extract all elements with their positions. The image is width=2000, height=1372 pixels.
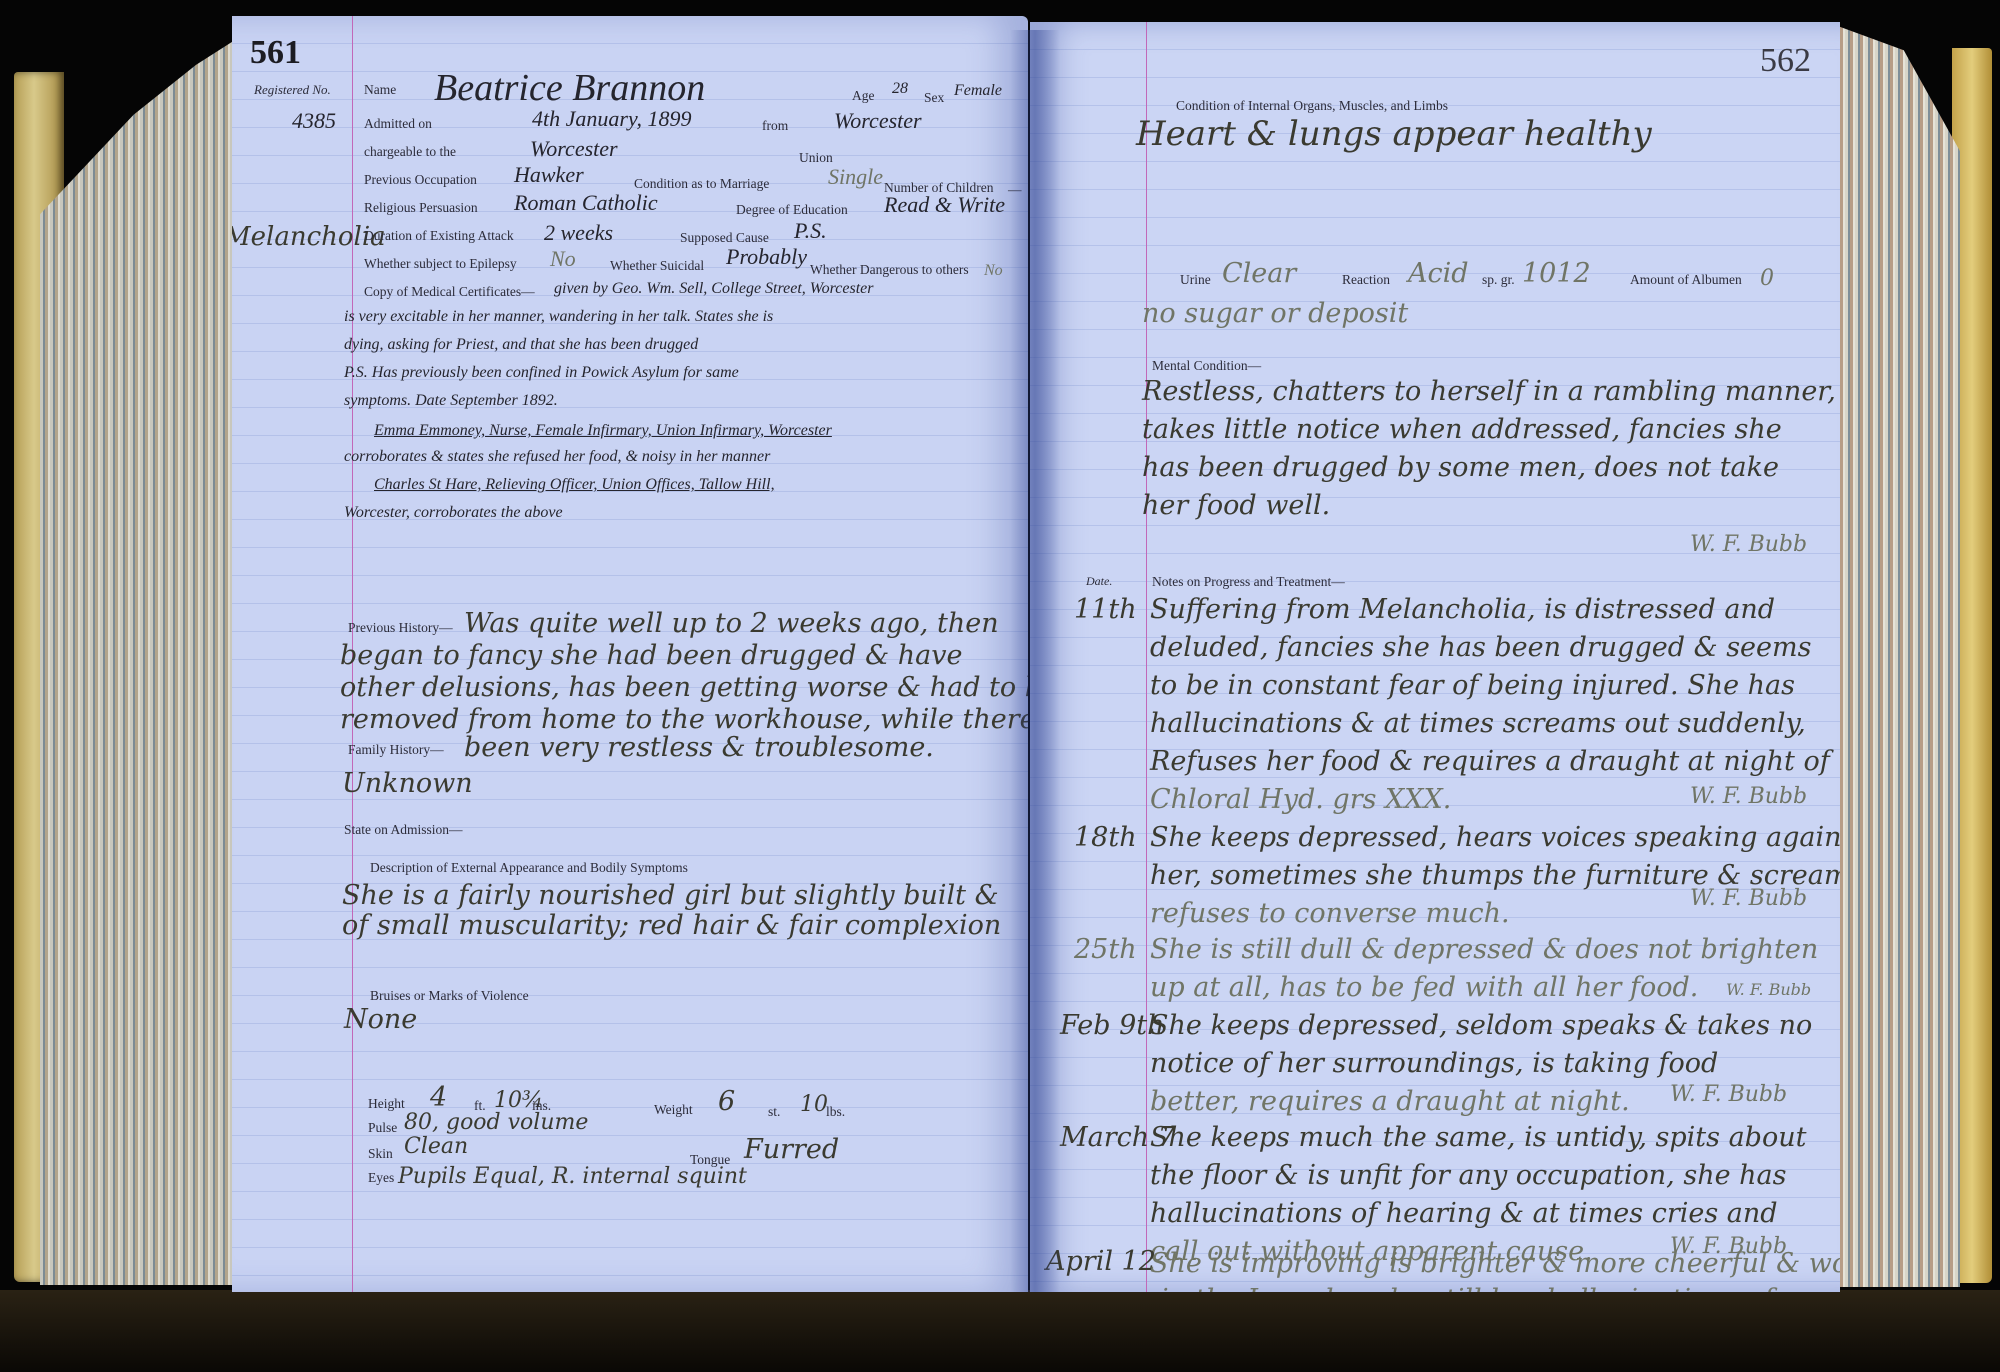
previous-history-line: other delusions, has been getting worse … <box>340 672 1028 703</box>
chargeable-label: chargeable to the <box>364 144 456 160</box>
weight-st-label: st. <box>768 1104 780 1120</box>
chargeable-value: Worcester <box>530 136 618 162</box>
signature: W. F. Bubb <box>1726 980 1811 999</box>
note-date: April 12 <box>1046 1246 1156 1277</box>
note-line: up at all, has to be fed with all her fo… <box>1150 972 1698 1003</box>
duration-label: Duration of Existing Attack <box>364 228 514 244</box>
skin-label: Skin <box>368 1146 393 1162</box>
note-line: She keeps depressed, seldom speaks & tak… <box>1150 1010 1812 1041</box>
note-line: to be in constant fear of being injured.… <box>1150 670 1795 701</box>
right-page: 562 Condition of Internal Organs, Muscle… <box>1030 22 1840 1292</box>
mental-line: Restless, chatters to herself in a rambl… <box>1142 376 1836 407</box>
suicidal-label: Whether Suicidal <box>610 258 704 274</box>
margin-rule <box>1146 22 1147 1292</box>
note-line: She is still dull & depressed & does not… <box>1150 934 1818 965</box>
note-line: better, requires a draught at night. <box>1150 1086 1630 1117</box>
note-line: deluded, fancies she has been drugged & … <box>1150 632 1811 663</box>
education-label: Degree of Education <box>736 202 848 218</box>
certificate-line: corroborates & states she refused her fo… <box>344 448 770 466</box>
note-line: She keeps much the same, is untidy, spit… <box>1150 1122 1806 1153</box>
note-line: hallucinations of hearing & at times cri… <box>1150 1198 1778 1229</box>
urine-value: Clear <box>1222 258 1296 289</box>
note-date: Feb 9th <box>1060 1010 1165 1041</box>
mental-condition-label: Mental Condition— <box>1152 358 1261 374</box>
reaction-label: Reaction <box>1342 272 1390 288</box>
bruises-label: Bruises or Marks of Violence <box>370 988 529 1004</box>
notes-label: Notes on Progress and Treatment— <box>1152 574 1345 590</box>
height-label: Height <box>368 1096 405 1112</box>
age-value: 28 <box>892 80 908 98</box>
duration-value: 2 weeks <box>544 220 613 246</box>
occupation-label: Previous Occupation <box>364 172 477 188</box>
registered-no-label: Registered No. <box>254 82 331 98</box>
certificate-line: is very excitable in her manner, wanderi… <box>344 308 773 326</box>
certificate-line: symptoms. Date September 1892. <box>344 392 558 410</box>
sex-label: Sex <box>924 90 944 106</box>
religion-label: Religious Persuasion <box>364 200 478 216</box>
pulse-label: Pulse <box>368 1120 397 1136</box>
epilepsy-label: Whether subject to Epilepsy <box>364 256 517 272</box>
previous-history-line: Was quite well up to 2 weeks ago, then <box>464 608 999 639</box>
appearance-line: of small muscularity; red hair & fair co… <box>342 910 1001 941</box>
previous-history-label: Previous History— <box>348 620 453 636</box>
admitted-on-label: Admitted on <box>364 116 432 132</box>
cause-value: P.S. <box>794 218 827 244</box>
family-history-value: Unknown <box>342 768 473 799</box>
registered-no: 4385 <box>292 108 336 134</box>
name-label: Name <box>364 82 396 98</box>
admitted-on-value: 4th January, 1899 <box>532 106 692 132</box>
religion-value: Roman Catholic <box>514 190 658 216</box>
mental-line: her food well. <box>1142 490 1330 521</box>
note-line: Chloral Hyd. grs XXX. <box>1150 784 1451 815</box>
certificate-line: Worcester, corroborates the above <box>344 504 563 522</box>
note-line: in the Laundry, she still has hallucinat… <box>1160 1284 1773 1292</box>
dangerous-label: Whether Dangerous to others <box>810 262 969 278</box>
internal-organs-value: Heart & lungs appear healthy <box>1136 114 1652 154</box>
note-line: Suffering from Melancholia, is distresse… <box>1150 594 1775 625</box>
weight-st: 6 <box>718 1086 735 1117</box>
suicidal-value: Probably <box>726 244 807 270</box>
state-admission-label: State on Admission— <box>344 822 463 838</box>
family-history-label: Family History— <box>348 742 444 758</box>
page-number: 561 <box>250 34 301 72</box>
mental-line: takes little notice when addressed, fanc… <box>1142 414 1782 445</box>
note-line: notice of her surroundings, is taking fo… <box>1150 1048 1718 1079</box>
epilepsy-value: No <box>550 246 576 272</box>
appearance-line: She is a fairly nourished girl but sligh… <box>342 880 999 911</box>
sex-value: Female <box>954 82 1002 100</box>
certificate-line: Charles St Hare, Relieving Officer, Unio… <box>374 476 775 494</box>
marriage-value: Single <box>828 164 883 190</box>
height-ft: 4 <box>430 1082 447 1113</box>
certificates-label: Copy of Medical Certificates— <box>364 284 535 300</box>
name-value: Beatrice Brannon <box>434 66 705 110</box>
book-bottom-edge <box>0 1290 2000 1372</box>
signature: W. F. Bubb <box>1670 1082 1787 1107</box>
page-number: 562 <box>1760 42 1811 80</box>
book-spine-gutter <box>1010 30 1060 1292</box>
certificate-line: dying, asking for Priest, and that she h… <box>344 336 698 354</box>
eyes-value: Pupils Equal, R. internal squint <box>398 1164 747 1189</box>
sp-gr-value: 1012 <box>1522 258 1591 289</box>
weight-lbs-label: lbs. <box>826 1104 845 1120</box>
weight-lbs: 10 <box>800 1092 828 1117</box>
page-edges-left <box>40 40 235 1285</box>
note-line: the floor & is unfit for any occupation,… <box>1150 1160 1787 1191</box>
date-label: Date. <box>1086 574 1112 589</box>
from-value: Worcester <box>834 108 922 134</box>
previous-history-line: began to fancy she had been drugged & ha… <box>340 640 962 671</box>
note-date: 11th <box>1074 594 1137 625</box>
signature: W. F. Bubb <box>1690 532 1807 557</box>
left-page: 561 Registered No. 4385 Melancholia Name… <box>232 16 1028 1292</box>
previous-history-line: been very restless & troublesome. <box>464 732 934 763</box>
education-value: Read & Write <box>884 192 1005 218</box>
signature: W. F. Bubb <box>1690 784 1807 809</box>
dangerous-value: No <box>984 262 1003 280</box>
note-line: refuses to converse much. <box>1150 898 1510 929</box>
note-date: 25th <box>1074 934 1137 965</box>
pulse-value: 80, good volume <box>404 1110 588 1135</box>
sp-gr-label: sp. gr. <box>1482 272 1515 288</box>
weight-label: Weight <box>654 1102 693 1118</box>
note-line: She is improving is brighter & more chee… <box>1150 1248 1840 1279</box>
age-label: Age <box>852 88 875 104</box>
page-edges-right <box>1835 25 1960 1287</box>
occupation-value: Hawker <box>514 162 584 188</box>
internal-organs-label: Condition of Internal Organs, Muscles, a… <box>1176 98 1448 114</box>
albumen-label: Amount of Albumen <box>1630 272 1742 288</box>
external-appearance-label: Description of External Appearance and B… <box>370 860 688 876</box>
certificate-line: P.S. Has previously been confined in Pow… <box>344 364 739 382</box>
eyes-label: Eyes <box>368 1170 394 1186</box>
previous-history-line: removed from home to the workhouse, whil… <box>340 704 1028 735</box>
skin-value: Clean <box>404 1134 468 1159</box>
note-date: 18th <box>1074 822 1137 853</box>
certificate-line: Emma Emmoney, Nurse, Female Infirmary, U… <box>374 422 832 440</box>
note-line: hallucinations & at times screams out su… <box>1150 708 1806 739</box>
note-line: Refuses her food & requires a draught at… <box>1150 746 1830 777</box>
bruises-value: None <box>344 1004 417 1035</box>
signature: W. F. Bubb <box>1690 886 1807 911</box>
urine-note: no sugar or deposit <box>1142 298 1408 329</box>
reaction-value: Acid <box>1408 258 1469 289</box>
mental-line: has been drugged by some men, does not t… <box>1142 452 1779 483</box>
note-line: She keeps depressed, hears voices speaki… <box>1150 822 1840 853</box>
tongue-value: Furred <box>744 1134 839 1165</box>
urine-label: Urine <box>1180 272 1211 288</box>
albumen-value: 0 <box>1760 266 1774 291</box>
margin-diagnosis: Melancholia <box>232 222 386 252</box>
from-label: from <box>762 118 788 134</box>
certificate-line: given by Geo. Wm. Sell, College Street, … <box>554 280 873 298</box>
